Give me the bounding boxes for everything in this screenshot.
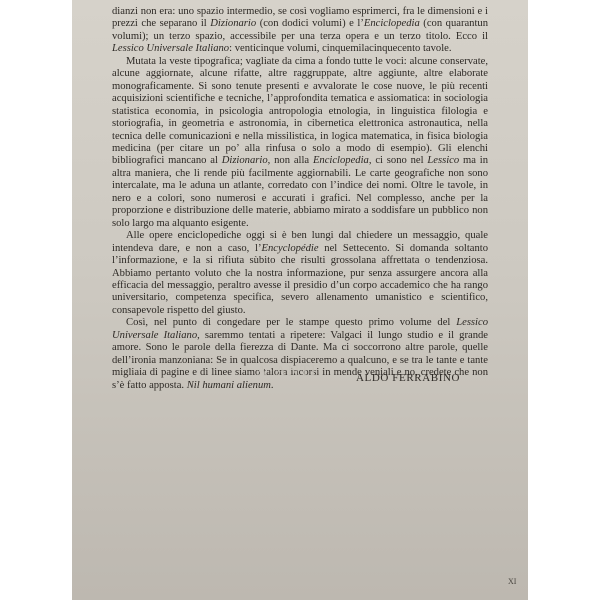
paragraph: Alle opere enciclopediche oggi si è ben … [112,230,488,317]
italic-title: Dizionario [222,155,268,166]
author-signature: ALDO FERRABINO [356,372,460,384]
body-text: dianzi non era: uno spazio intermedio, s… [112,6,488,392]
watermark: A·ANTL [256,363,322,381]
italic-title: Dizionario [210,18,256,29]
italic-title: Enciclopedia [313,155,369,166]
paragraph: Mutata la veste tipografica; vagliate da… [112,56,488,230]
italic-title: Encyclopédie [262,243,319,254]
italic-title: Lessico [427,155,459,166]
book-page: dianzi non era: uno spazio intermedio, s… [72,0,528,600]
page-number: XI [508,577,516,586]
paragraph: dianzi non era: uno spazio intermedio, s… [112,6,488,56]
italic-title: Lessico Universale Italiano [112,43,229,54]
italic-title: Nil humani alienum [187,380,271,391]
italic-title: Enciclopedia [364,18,420,29]
